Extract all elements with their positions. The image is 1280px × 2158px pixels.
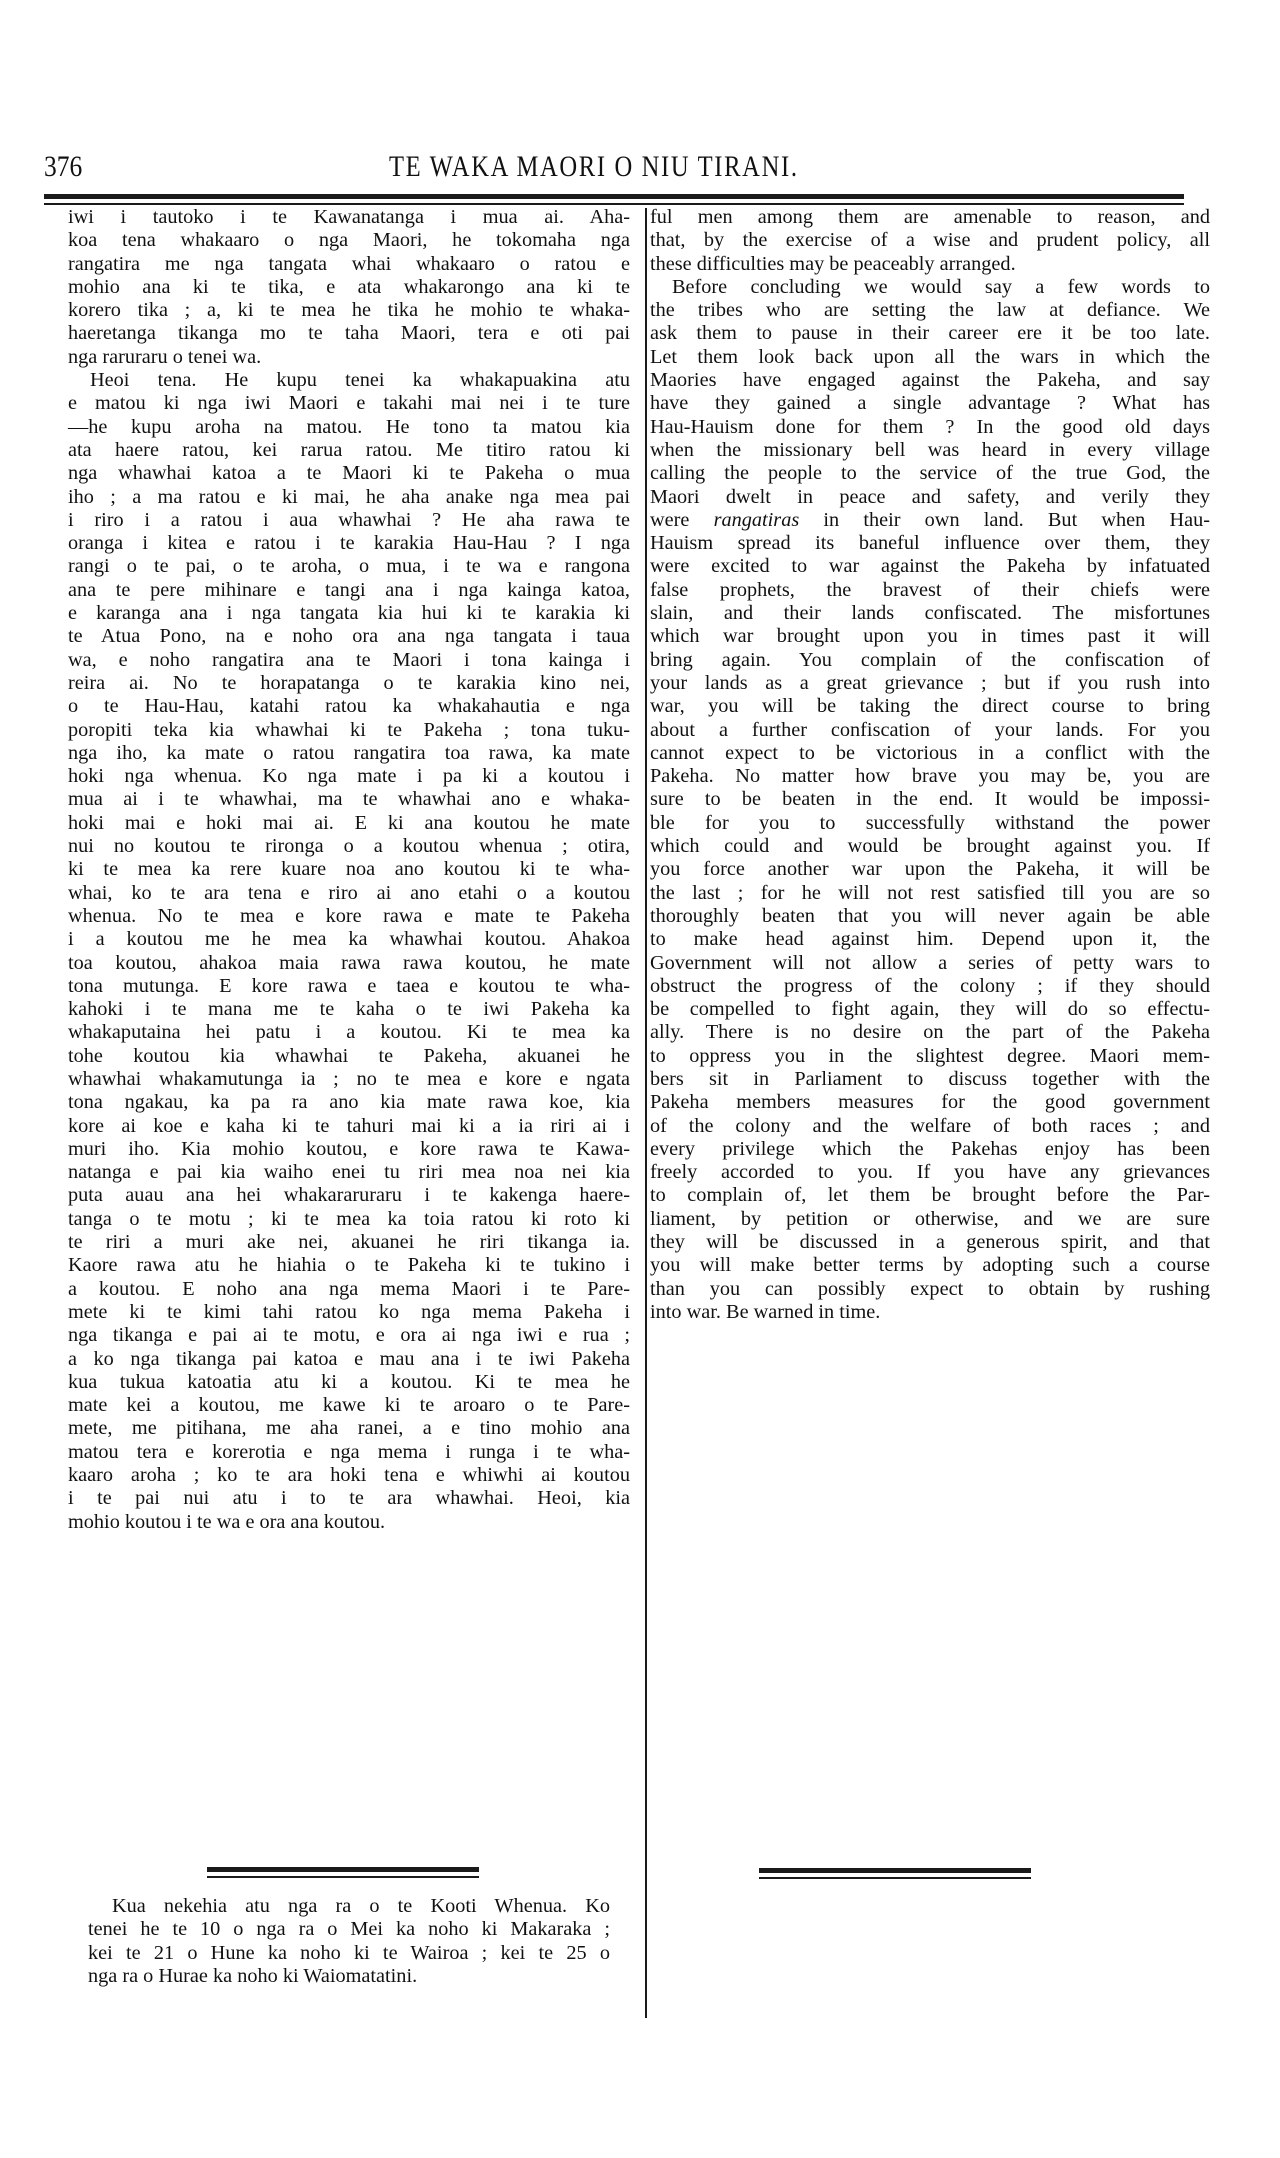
text-line: into war. Be warned in time. xyxy=(650,1301,1210,1324)
text-line: thoroughly beaten that you will never ag… xyxy=(650,905,1210,928)
text-line: Heoi tena. He kupu tenei ka whakapuakina… xyxy=(68,369,630,392)
text-line: a ko nga tikanga pai katoa e mau ana i t… xyxy=(68,1348,630,1371)
text-line: kei te 21 o Hune ka noho ki te Wairoa ; … xyxy=(88,1942,610,1965)
text-line: bring again. You complain of the confisc… xyxy=(650,649,1210,672)
text-line: the last ; for he will not rest satisfie… xyxy=(650,882,1210,905)
text-line: koa tena whakaaro o nga Maori, he tokoma… xyxy=(68,229,630,252)
text-line: Before concluding we would say a few wor… xyxy=(650,276,1210,299)
text-line: wa, e noho rangatira ana te Maori i tona… xyxy=(68,649,630,672)
text-line: false prophets, the bravest of their chi… xyxy=(650,579,1210,602)
text-line: mohio ana ki te tika, e ata whakarongo a… xyxy=(68,276,630,299)
text-line: te riri a muri ake nei, akuanei he riri … xyxy=(68,1231,630,1254)
text-line: whawhai whakamutunga ia ; no te mea e ko… xyxy=(68,1068,630,1091)
text-line: e karanga ana i nga tangata kia hui ki t… xyxy=(68,602,630,625)
text-line: —he kupu aroha na matou. He tono ta mato… xyxy=(68,416,630,439)
text-line: to complain of, let them be brought befo… xyxy=(650,1184,1210,1207)
text-line: tona ngakau, ka pa ra ano kia mate rawa … xyxy=(68,1091,630,1114)
text-line: have they gained a single advantage ? Wh… xyxy=(650,392,1210,415)
text-line: they will be discussed in a generous spi… xyxy=(650,1231,1210,1254)
text-line: ata haere ratou, kei rarua ratou. Me tit… xyxy=(68,439,630,462)
text-line: were rangatiras in their own land. But w… xyxy=(650,509,1210,532)
section-end-rule-left-thick xyxy=(207,1867,479,1872)
text-line: Maori dwelt in peace and safety, and ver… xyxy=(650,486,1210,509)
text-line: which could and would be brought against… xyxy=(650,835,1210,858)
text-line: Pakeha. No matter how brave you may be, … xyxy=(650,765,1210,788)
text-line: mohio koutou i te wa e ora ana koutou. xyxy=(68,1511,630,1534)
text-line: matou tera e korerotia e nga mema i rung… xyxy=(68,1441,630,1464)
text-line: were excited to war against the Pakeha b… xyxy=(650,555,1210,578)
column-divider xyxy=(645,208,647,2018)
text-line: Maories have engaged against the Pakeha,… xyxy=(650,369,1210,392)
text-line: i te pai nui atu i to te ara whawhai. He… xyxy=(68,1487,630,1510)
text-line: mua ai i te whawhai, ma te whawhai ano e… xyxy=(68,788,630,811)
text-line: oranga i kitea e ratou i te karakia Hau-… xyxy=(68,532,630,555)
text-line: nga tikanga e pai ai te motu, e ora ai n… xyxy=(68,1324,630,1347)
paragraph: Before concluding we would say a few wor… xyxy=(650,276,1210,1324)
text-line: i riro i a ratou i aua whawhai ? He aha … xyxy=(68,509,630,532)
text-line: tanga o te motu ; ki te mea ka toia rato… xyxy=(68,1208,630,1231)
text-line: whakaputaina hei patu i a koutou. Ki te … xyxy=(68,1021,630,1044)
text-line: Hau-Hauism done for them ? In the good o… xyxy=(650,416,1210,439)
text-line: iho ; a ma ratou e ki mai, he aha anake … xyxy=(68,486,630,509)
text-line: Hauism spread its baneful influence over… xyxy=(650,532,1210,555)
text-line: to make head against him. Depend upon it… xyxy=(650,928,1210,951)
text-line: kaaro aroha ; ko te ara hoki tena e whiw… xyxy=(68,1464,630,1487)
text-line: be compelled to fight again, they will d… xyxy=(650,998,1210,1021)
text-line: nga ra o Hurae ka noho ki Waiomatatini. xyxy=(88,1965,610,1988)
text-line: Let them look back upon all the wars in … xyxy=(650,346,1210,369)
text-line: to oppress you in the slightest degree. … xyxy=(650,1045,1210,1068)
section-end-rule-left-thin xyxy=(207,1876,479,1878)
text-line: ful men among them are amenable to reaso… xyxy=(650,206,1210,229)
text-line: reira ai. No te horapatanga o te karakia… xyxy=(68,672,630,695)
text-line: nui no koutou te rironga o a koutou when… xyxy=(68,835,630,858)
text-line: poropiti teka kia whawhai ki te Pakeha ;… xyxy=(68,719,630,742)
text-line: hoki nga whenua. Ko nga mate i pa ki a k… xyxy=(68,765,630,788)
text-line: mete, me pitihana, me aha ranei, a e tin… xyxy=(68,1417,630,1440)
text-line: tohe koutou kia whawhai te Pakeha, akuan… xyxy=(68,1045,630,1068)
text-line: i a koutou me he mea ka whawhai koutou. … xyxy=(68,928,630,951)
text-line: mete ki te kimi tahi ratou ko nga mema P… xyxy=(68,1301,630,1324)
page-number: 376 xyxy=(44,150,82,184)
text-line: haeretanga tikanga mo te taha Maori, ter… xyxy=(68,322,630,345)
text-line: mate kei a koutou, me kawe ki te aroaro … xyxy=(68,1394,630,1417)
text-line: sure to be beaten in the end. It would b… xyxy=(650,788,1210,811)
page-header: 376 TE WAKA MAORI O NIU TIRANI. xyxy=(44,150,1184,190)
text-line: bers sit in Parliament to discuss togeth… xyxy=(650,1068,1210,1091)
text-line: tona mutunga. E kore rawa e taea e kouto… xyxy=(68,975,630,998)
text-line: obstruct the progress of the colony ; if… xyxy=(650,975,1210,998)
text-line: natanga e pai kia waiho enei tu riri mea… xyxy=(68,1161,630,1184)
text-line: these difficulties may be peaceably arra… xyxy=(650,253,1210,276)
text-line: kua tukua katoatia atu ki a koutou. Ki t… xyxy=(68,1371,630,1394)
text-line: war, you will be taking the direct cours… xyxy=(650,695,1210,718)
text-line: ki te mea ka rere kuare noa ano koutou k… xyxy=(68,858,630,881)
text-line: a koutou. E noho ana nga mema Maori i te… xyxy=(68,1278,630,1301)
section-end-rule-right-thick xyxy=(759,1868,1031,1873)
left-column-maori-text: iwi i tautoko i te Kawanatanga i mua ai.… xyxy=(68,206,630,1534)
text-line: korero tika ; a, ki te mea he tika he mo… xyxy=(68,299,630,322)
text-line: whenua. No te mea e kore rawa e mate te … xyxy=(68,905,630,928)
text-line: Government will not allow a series of pe… xyxy=(650,952,1210,975)
text-line: ally. There is no desire on the part of … xyxy=(650,1021,1210,1044)
header-rule-thick xyxy=(44,194,1184,199)
text-line: kahoki i te mana me te kaha o te iwi Pak… xyxy=(68,998,630,1021)
text-line: freely accorded to you. If you have any … xyxy=(650,1161,1210,1184)
text-line: nga whawhai katoa a te Maori ki te Pakeh… xyxy=(68,462,630,485)
text-line: calling the people to the service of the… xyxy=(650,462,1210,485)
text-line: your lands as a great grievance ; but if… xyxy=(650,672,1210,695)
land-court-notice: Kua nekehia atu nga ra o te Kooti Whenua… xyxy=(88,1895,610,1988)
text-line: whai, ko te ara tena e riro ai ano etahi… xyxy=(68,882,630,905)
text-line: toa koutou, ahakoa maia rawa rawa koutou… xyxy=(68,952,630,975)
text-line: of the colony and the welfare of both ra… xyxy=(650,1115,1210,1138)
text-line: every privilege which the Pakehas enjoy … xyxy=(650,1138,1210,1161)
text-line: te Atua Pono, na e noho ora ana nga tang… xyxy=(68,625,630,648)
text-line: puta auau ana hei whakararuraru i te kak… xyxy=(68,1184,630,1207)
text-line: ask them to pause in their career ere it… xyxy=(650,322,1210,345)
paragraph: ful men among them are amenable to reaso… xyxy=(650,206,1210,276)
text-line: about a further confiscation of your lan… xyxy=(650,719,1210,742)
text-line: e matou ki nga iwi Maori e takahi mai ne… xyxy=(68,392,630,415)
text-line: that, by the exercise of a wise and prud… xyxy=(650,229,1210,252)
text-line: which war brought upon you in times past… xyxy=(650,625,1210,648)
text-line: ana te pere mihinare e tangi ana i nga k… xyxy=(68,579,630,602)
text-line: Kua nekehia atu nga ra o te Kooti Whenua… xyxy=(88,1895,610,1918)
paragraph: Heoi tena. He kupu tenei ka whakapuakina… xyxy=(68,369,630,1534)
text-line: you will make better terms by adopting s… xyxy=(650,1254,1210,1277)
right-column-english-text: ful men among them are amenable to reaso… xyxy=(650,206,1210,1324)
text-line: than you can possibly expect to obtain b… xyxy=(650,1278,1210,1301)
text-line: o te Hau-Hau, katahi ratou ka whakahauti… xyxy=(68,695,630,718)
text-line: iwi i tautoko i te Kawanatanga i mua ai.… xyxy=(68,206,630,229)
text-line: ble for you to successfully withstand th… xyxy=(650,812,1210,835)
text-line: cannot expect to be victorious in a conf… xyxy=(650,742,1210,765)
text-line: you force another war upon the Pakeha, i… xyxy=(650,858,1210,881)
masthead-title: TE WAKA MAORI O NIU TIRANI. xyxy=(389,150,799,184)
section-end-rule-right-thin xyxy=(759,1877,1031,1879)
text-line: kore ai koe e kaha ki te tahuri mai ki a… xyxy=(68,1115,630,1138)
text-line: rangi o te pai, o te aroha, o mua, i te … xyxy=(68,555,630,578)
header-rule-thin xyxy=(44,203,1184,205)
text-line: liament, by petition or otherwise, and w… xyxy=(650,1208,1210,1231)
text-line: tenei he te 10 o nga ra o Mei ka noho ki… xyxy=(88,1918,610,1941)
paragraph: iwi i tautoko i te Kawanatanga i mua ai.… xyxy=(68,206,630,369)
text-line: nga raruraru o tenei wa. xyxy=(68,346,630,369)
text-line: Kaore rawa atu he hiahia o te Pakeha ki … xyxy=(68,1254,630,1277)
text-line: Pakeha members measures for the good gov… xyxy=(650,1091,1210,1114)
text-line: slain, and their lands confiscated. The … xyxy=(650,602,1210,625)
text-line: the tribes who are setting the law at de… xyxy=(650,299,1210,322)
text-line: hoki mai e hoki mai ai. E ki ana koutou … xyxy=(68,812,630,835)
text-line: rangatira me nga tangata whai whakaaro o… xyxy=(68,253,630,276)
text-line: when the missionary bell was heard in ev… xyxy=(650,439,1210,462)
text-line: nga iho, ka mate o ratou rangatira toa r… xyxy=(68,742,630,765)
text-line: muri iho. Kia mohio koutou, e kore rawa … xyxy=(68,1138,630,1161)
